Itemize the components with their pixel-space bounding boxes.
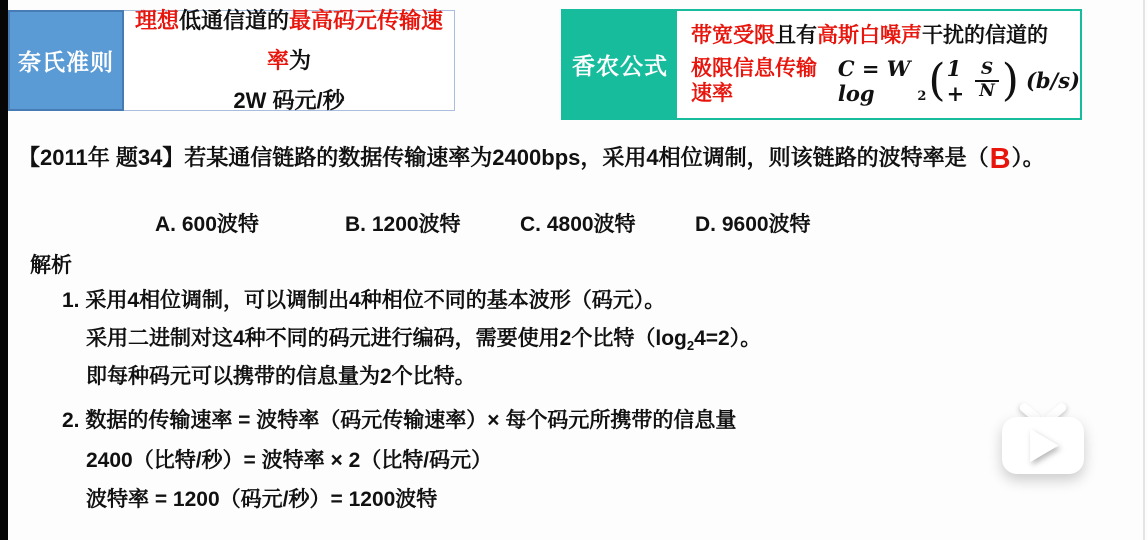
question-prefix: 【2011年 题34】若某通信链路的数据传输速率为2400bps，采用4相位调制… xyxy=(18,145,989,170)
question-suffix: ）。 xyxy=(1012,145,1045,170)
analysis-item1-line2: 采用二进制对这4种不同的码元进行编码，需要使用2个比特（log24=2）。 xyxy=(86,322,761,353)
formula-inner: 1 + xyxy=(947,56,974,106)
analysis-item2-line3: 波特率 = 1200（码元/秒）= 1200波特 xyxy=(86,483,437,513)
nyquist-definition-box: 奈氏准则 理想低通信道的最高码元传输速率为 2W 码元/秒 xyxy=(8,10,455,111)
option-b: B. 1200波特 xyxy=(345,208,461,238)
shannon-line2: 极限信息传输速率 C = W log2 ( 1 + S N ) (b/s) xyxy=(691,56,1080,106)
option-c: C. 4800波特 xyxy=(520,208,636,238)
formula-numerator: S xyxy=(977,61,997,80)
formula-units: (b/s) xyxy=(1026,68,1080,93)
nyquist-label: 奈氏准则 xyxy=(8,10,124,111)
nyquist-content: 理想低通信道的最高码元传输速率为 2W 码元/秒 xyxy=(124,10,455,111)
shannon-label: 香农公式 xyxy=(563,11,677,118)
shannon-formula: C = W log2 ( 1 + S N ) (b/s) xyxy=(838,56,1080,106)
answer-letter: B xyxy=(989,143,1012,175)
tv-body-icon xyxy=(1002,417,1084,474)
left-letterbox-bar xyxy=(0,0,8,540)
slide-canvas: 奈氏准则 理想低通信道的最高码元传输速率为 2W 码元/秒 香农公式 带宽受限且… xyxy=(0,0,1148,540)
question-text: 【2011年 题34】若某通信链路的数据传输速率为2400bps，采用4相位调制… xyxy=(18,141,1128,172)
option-d: D. 9600波特 xyxy=(695,208,811,238)
formula-lhs: C = W log xyxy=(838,56,917,106)
video-player-logo xyxy=(1002,404,1086,476)
formula-denominator: N xyxy=(975,80,999,101)
play-icon xyxy=(1026,427,1060,465)
shannon-content: 带宽受限且有高斯白噪声干扰的信道的 极限信息传输速率 C = W log2 ( … xyxy=(677,11,1080,118)
formula-log-base: 2 xyxy=(917,89,926,105)
analysis-item1-line3: 即每种码元可以携带的信息量为2个比特。 xyxy=(86,360,476,390)
formula-fraction: S N xyxy=(975,61,999,101)
formula-open-paren: ( xyxy=(927,64,946,97)
analysis-heading: 解析 xyxy=(30,249,72,279)
shannon-line1: 带宽受限且有高斯白噪声干扰的信道的 xyxy=(691,23,1080,48)
nyquist-line2: 2W 码元/秒 xyxy=(124,81,454,121)
shannon-definition-box: 香农公式 带宽受限且有高斯白噪声干扰的信道的 极限信息传输速率 C = W lo… xyxy=(561,9,1082,120)
analysis-item1-line1: 1. 采用4相位调制，可以调制出4种相位不同的基本波形（码元）。 xyxy=(62,284,665,314)
analysis-item2-line2: 2400（比特/秒）= 波特率 × 2（比特/码元） xyxy=(86,444,492,474)
formula-close-paren: ) xyxy=(1001,64,1020,97)
play-icon-wrap xyxy=(1026,427,1060,465)
nyquist-line1: 理想低通信道的最高码元传输速率为 xyxy=(124,1,454,81)
analysis-item2-line1: 2. 数据的传输速率 = 波特率（码元传输速率）× 每个码元所携带的信息量 xyxy=(62,404,736,434)
right-edge-divider xyxy=(1143,0,1145,540)
shannon-line2-prefix: 极限信息传输速率 xyxy=(691,56,830,106)
option-a: A. 600波特 xyxy=(155,208,259,238)
